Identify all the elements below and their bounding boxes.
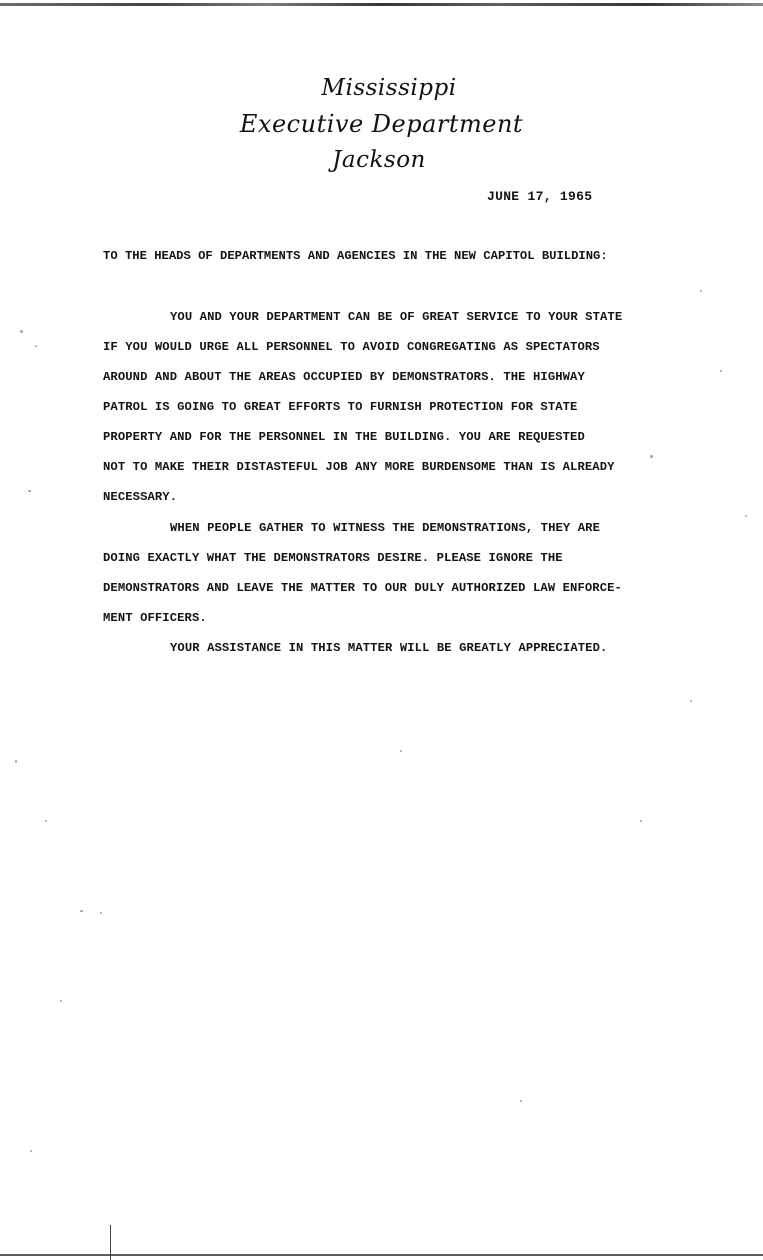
body-line: MENT OFFICERS.: [103, 611, 207, 625]
letter-date: JUNE 17, 1965: [487, 189, 592, 204]
letterhead-department: Executive Department: [0, 106, 763, 142]
body-line: IF YOU WOULD URGE ALL PERSONNEL TO AVOID…: [103, 340, 600, 354]
letterhead-city: Jackson: [0, 142, 763, 178]
top-edge-rule: [0, 3, 763, 6]
body-line: PATROL IS GOING TO GREAT EFFORTS TO FURN…: [103, 400, 577, 414]
body-line: WHEN PEOPLE GATHER TO WITNESS THE DEMONS…: [170, 521, 600, 535]
body-line: YOU AND YOUR DEPARTMENT CAN BE OF GREAT …: [170, 310, 622, 324]
body-line: NOT TO MAKE THEIR DISTASTEFUL JOB ANY MO…: [103, 460, 615, 474]
body-line: NECESSARY.: [103, 490, 177, 504]
body-line: DOING EXACTLY WHAT THE DEMONSTRATORS DES…: [103, 551, 563, 565]
body-line: YOUR ASSISTANCE IN THIS MATTER WILL BE G…: [170, 641, 607, 655]
letterhead-state: Mississippi: [15, 70, 763, 106]
body-line: AROUND AND ABOUT THE AREAS OCCUPIED BY D…: [103, 370, 585, 384]
body-line: DEMONSTRATORS AND LEAVE THE MATTER TO OU…: [103, 581, 622, 595]
bottom-edge-rule: [0, 1254, 763, 1256]
letterhead: Mississippi Executive Department Jackson: [0, 70, 763, 178]
salutation: TO THE HEADS OF DEPARTMENTS AND AGENCIES…: [103, 249, 608, 263]
body-line: PROPERTY AND FOR THE PERSONNEL IN THE BU…: [103, 430, 585, 444]
